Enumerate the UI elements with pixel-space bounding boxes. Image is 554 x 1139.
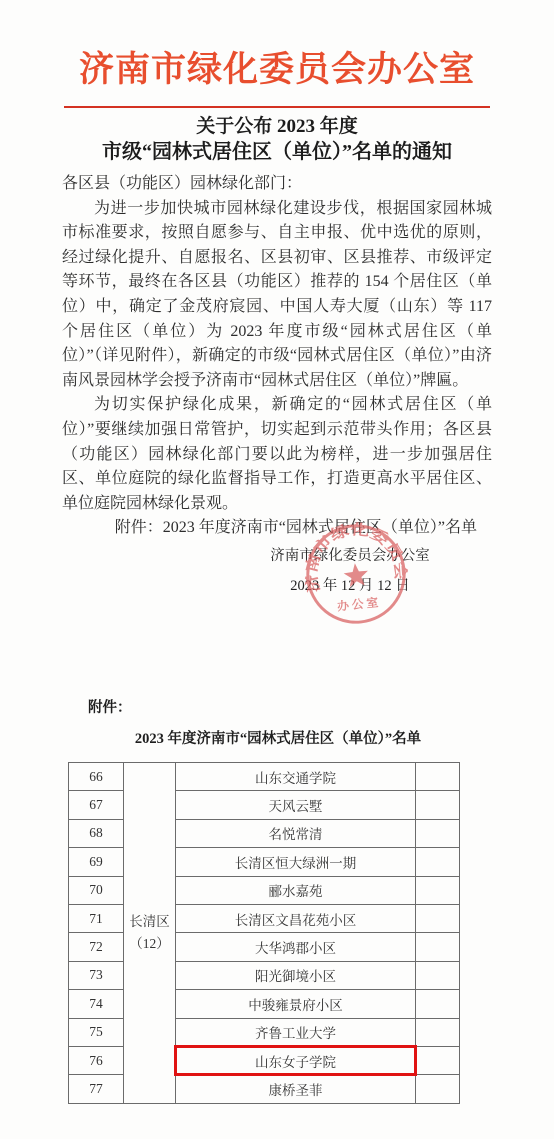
district-name: 长清区 xyxy=(124,911,175,933)
garden-list-table: 66 长清区 （12） 山东交通学院 67 天风云墅 68 名悦常清 69 xyxy=(68,762,460,1104)
row-number: 70 xyxy=(69,876,124,904)
seal-bottom-text: 办公室 xyxy=(336,595,381,614)
salutation: 各区县（功能区）园林绿化部门： xyxy=(62,172,492,197)
doc-title-line2: 市级“园林式居住区（单位）”名单的通知 xyxy=(0,135,554,164)
row-number: 67 xyxy=(69,791,124,819)
row-name: 中骏雍景府小区 xyxy=(176,990,416,1018)
org-title: 济南市绿化委员会办公室 xyxy=(0,42,554,92)
row-extra-cell xyxy=(416,1018,460,1046)
row-name: 阳光御境小区 xyxy=(176,961,416,989)
row-extra-cell xyxy=(416,791,460,819)
table-row: 66 长清区 （12） 山东交通学院 xyxy=(69,763,460,791)
row-extra-cell xyxy=(416,990,460,1018)
row-name: 天风云墅 xyxy=(176,791,416,819)
row-name: 山东交通学院 xyxy=(176,763,416,791)
row-name: 康桥圣菲 xyxy=(176,1075,416,1103)
row-number: 75 xyxy=(69,1018,124,1046)
row-extra-cell xyxy=(416,876,460,904)
row-extra-cell xyxy=(416,848,460,876)
row-name: 名悦常清 xyxy=(176,819,416,847)
row-extra-cell xyxy=(416,933,460,961)
row-extra-cell xyxy=(416,904,460,932)
row-extra-cell xyxy=(416,763,460,791)
row-number: 68 xyxy=(69,819,124,847)
row-name: 郦水嘉苑 xyxy=(176,876,416,904)
official-seal-stamp: 济南市绿化委员会 办公室 xyxy=(291,509,421,639)
row-name: 大华鸿郡小区 xyxy=(176,933,416,961)
document-body: 各区县（功能区）园林绿化部门： 为进一步加快城市园林绿化建设步伐，根据国家园林城… xyxy=(62,172,492,541)
row-number: 74 xyxy=(69,990,124,1018)
row-extra-cell xyxy=(416,961,460,989)
row-extra-cell xyxy=(416,1075,460,1103)
seal-star-icon xyxy=(343,562,370,588)
row-extra-cell xyxy=(416,1046,460,1074)
row-number: 72 xyxy=(69,933,124,961)
row-name: 长清区恒大绿洲一期 xyxy=(176,848,416,876)
body-paragraph-2: 为切实保护绿化成果，新确定的“园林式居住区（单位）”要继续加强日常管护，切实起到… xyxy=(62,393,492,516)
doc-title-line1: 关于公布 2023 年度 xyxy=(0,111,554,138)
attachment-reference-line: 附件：2023 年度济南市“园林式居住区（单位）”名单 xyxy=(62,516,492,541)
attachment-table-title: 2023 年度济南市“园林式居住区（单位）”名单 xyxy=(78,727,478,748)
document-page: 济南市绿化委员会办公室 关于公布 2023 年度 市级“园林式居住区（单位）”名… xyxy=(0,0,554,1139)
row-name-highlighted: 山东女子学院 xyxy=(176,1046,416,1074)
title-divider-rule xyxy=(64,106,490,108)
row-extra-cell xyxy=(416,819,460,847)
row-name-text: 山东女子学院 xyxy=(255,1055,336,1070)
row-name: 齐鲁工业大学 xyxy=(176,1018,416,1046)
attachment-label: 附件： xyxy=(88,696,132,717)
row-number: 66 xyxy=(69,763,124,791)
row-number: 69 xyxy=(69,848,124,876)
district-cell: 长清区 （12） xyxy=(124,763,176,1104)
row-number: 76 xyxy=(69,1046,124,1074)
row-number: 73 xyxy=(69,961,124,989)
body-paragraph-1: 为进一步加快城市园林绿化建设步伐，根据国家园林城市标准要求，按照自愿参与、自主申… xyxy=(62,197,492,394)
district-count: （12） xyxy=(124,933,175,955)
row-name: 长清区文昌花苑小区 xyxy=(176,904,416,932)
row-number: 77 xyxy=(69,1075,124,1103)
row-number: 71 xyxy=(69,904,124,932)
